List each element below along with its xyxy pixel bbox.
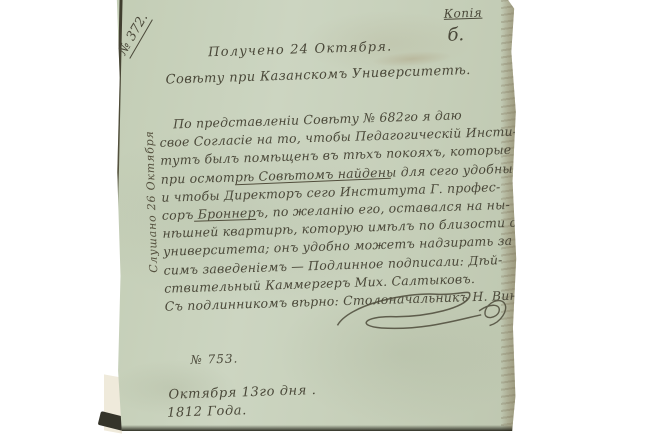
document-number: № 753. [190, 351, 238, 366]
received-line: Получено 24 Октября. [203, 39, 398, 60]
handwriting-layer: № 372. Копія б. Получено 24 Октября. Сов… [105, 0, 523, 435]
photo-background: № 372. Копія б. Получено 24 Октября. Сов… [0, 0, 649, 435]
addressee-line: Совѣту при Казанскомъ Университетѣ. [165, 63, 465, 87]
page-letter: б. [447, 24, 464, 46]
registry-number: № 372. [116, 11, 154, 59]
margin-note: Слушано 26 Октября [142, 116, 160, 286]
document-page: № 372. Копія б. Получено 24 Октября. Сов… [112, 0, 517, 431]
date-day-line: Октября 13го дня . [168, 383, 316, 403]
date-year-line: 1812 Года. [167, 403, 247, 420]
signature-flourish [330, 280, 510, 338]
copy-label: Копія [444, 6, 483, 21]
